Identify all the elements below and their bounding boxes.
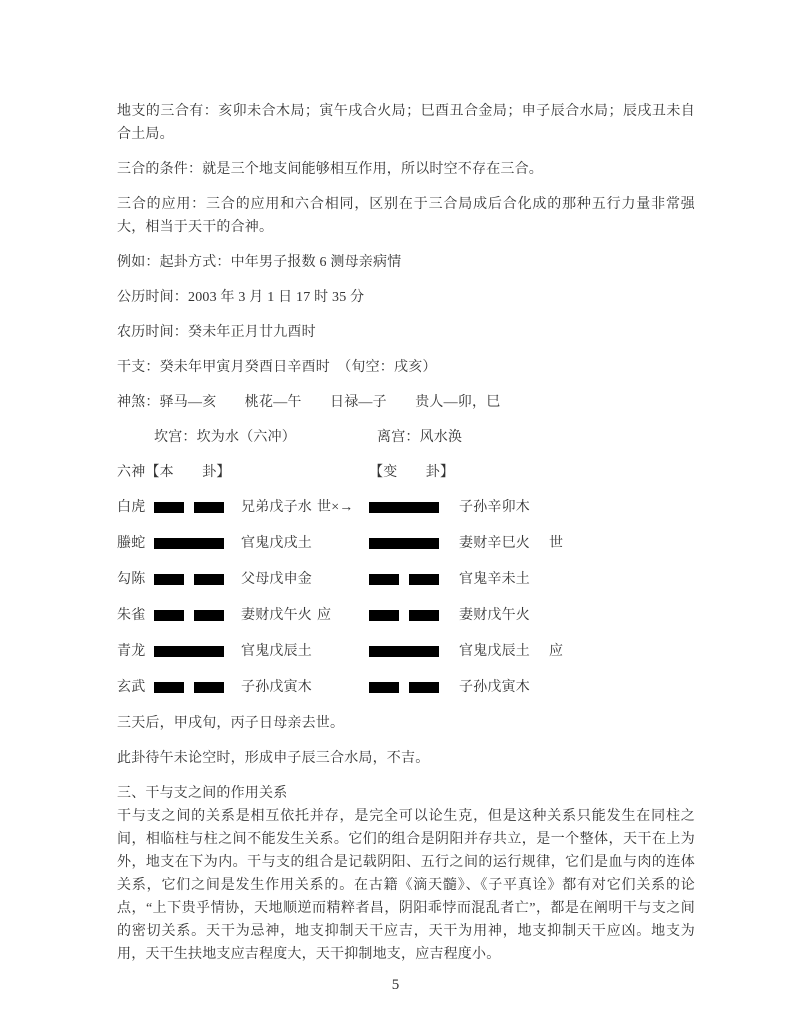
ganzhi-line: 干支：癸未年甲寅月癸酉日辛酉时 （旬空：戌亥） <box>117 356 695 379</box>
lunar-time-line: 农历时间：癸未年正月廿九酉时 <box>117 321 695 344</box>
six-god-label: 白虎 <box>117 496 154 519</box>
page-number: 5 <box>0 974 791 997</box>
example-intro-line: 例如：起卦方式：中年男子报数 6 测母亲病情 <box>117 251 695 274</box>
six-god-label: 朱雀 <box>117 604 154 627</box>
changed-line-text: 妻财辛巳火 <box>459 532 549 555</box>
yao-line-icon <box>369 538 439 549</box>
six-god-label: 勾陈 <box>117 568 154 591</box>
shensha-line: 神煞：驿马—亥 桃花—午 日禄—子 贵人—卯，巳 <box>117 391 695 414</box>
yao-line-icon <box>369 502 439 513</box>
original-line-cell <box>154 502 241 513</box>
original-line-cell <box>154 646 241 657</box>
changed-line-text: 官鬼辛未土 <box>459 568 549 591</box>
palace-row: 坎宫：坎为水（六冲）离宫：风水涣 <box>117 426 695 449</box>
paragraph-sanhe-list: 地支的三合有：亥卯未合木局；寅午戌合火局；巳酉丑合金局；申子辰合水局；辰戌丑未自… <box>117 100 695 146</box>
solar-time-line: 公历时间：2003 年 3 月 1 日 17 时 35 分 <box>117 286 695 309</box>
original-line-text: 父母戊申金 <box>241 568 317 591</box>
original-line-mark: 应 <box>317 604 369 627</box>
changed-palace-label: 离宫：风水涣 <box>377 430 462 445</box>
section-heading: 三、干与支之间的作用关系 <box>117 782 695 805</box>
original-line-text: 官鬼戊戌土 <box>241 532 317 555</box>
yao-line-icon <box>369 682 439 693</box>
changed-line-mark: 应 <box>549 640 695 663</box>
section-body: 干与支之间的关系是相互依托并存，是完全可以论生克，但是这种关系只能发生在同柱之间… <box>117 805 695 966</box>
changed-line-cell <box>369 646 459 657</box>
original-line-cell <box>154 574 241 585</box>
changed-line-cell <box>369 538 459 549</box>
paragraph-sanhe-condition: 三合的条件：就是三个地支间能够相互作用，所以时空不存在三合。 <box>117 158 695 181</box>
paragraph-sanhe-application: 三合的应用：三合的应用和六合相同，区别在于三合局成后合化成的那种五行力量非常强大… <box>117 193 695 239</box>
hexagram-row: 玄武 子孙戊寅木 子孙戊寅木 <box>117 676 695 699</box>
yao-line-icon <box>369 574 439 585</box>
changed-line-cell <box>369 682 459 693</box>
changed-line-text: 妻财戊午火 <box>459 604 549 627</box>
six-gods-original-header: 六神【本 卦】 <box>117 461 369 484</box>
changed-hexagram-header: 【变 卦】 <box>369 465 454 480</box>
yao-line-icon <box>369 610 439 621</box>
document-page: 地支的三合有：亥卯未合木局；寅午戌合火局；巳酉丑合金局；申子辰合水局；辰戌丑未自… <box>0 0 791 1024</box>
yao-line-icon <box>369 646 439 657</box>
changed-line-cell <box>369 610 459 621</box>
hexagram-row: 青龙 官鬼戊辰土 官鬼戊辰土 应 <box>117 640 695 663</box>
document-body: 地支的三合有：亥卯未合木局；寅午戌合火局；巳酉丑合金局；申子辰合水局；辰戌丑未自… <box>117 100 695 966</box>
yao-line-icon <box>154 574 224 585</box>
analysis-note: 此卦待午未论空时，形成申子辰三合水局，不吉。 <box>117 747 695 770</box>
yao-line-icon <box>154 646 224 657</box>
hexagram-row: 螣蛇 官鬼戊戌土 妻财辛巳火 世 <box>117 532 695 555</box>
original-line-text: 妻财戊午火 <box>241 604 317 627</box>
outcome-note: 三天后，甲戌旬，丙子日母亲去世。 <box>117 712 695 735</box>
original-line-text: 官鬼戊辰土 <box>241 640 317 663</box>
original-line-cell <box>154 538 241 549</box>
hexagram-row: 朱雀 妻财戊午火 应 妻财戊午火 <box>117 604 695 627</box>
changed-line-mark: 世 <box>549 532 695 555</box>
original-line-text: 子孙戊寅木 <box>241 676 317 699</box>
original-line-cell <box>154 610 241 621</box>
hexagram-row: 白虎 兄弟戊子水 世×→ 子孙辛卯木 <box>117 496 695 519</box>
yao-line-icon <box>154 610 224 621</box>
six-god-label: 螣蛇 <box>117 532 154 555</box>
original-palace-label: 坎宫：坎为水（六冲） <box>154 426 377 449</box>
original-line-mark: 世×→ <box>317 496 369 519</box>
six-god-label: 玄武 <box>117 676 154 699</box>
hexagram-header-row: 六神【本 卦】【变 卦】 <box>117 461 695 484</box>
original-line-text: 兄弟戊子水 <box>241 496 317 519</box>
changed-line-text: 子孙辛卯木 <box>459 496 549 519</box>
yao-line-icon <box>154 682 224 693</box>
changed-line-text: 子孙戊寅木 <box>459 676 549 699</box>
changed-line-text: 官鬼戊辰土 <box>459 640 549 663</box>
yao-line-icon <box>154 502 224 513</box>
hexagram-row: 勾陈 父母戊申金 官鬼辛未土 <box>117 568 695 591</box>
six-god-label: 青龙 <box>117 640 154 663</box>
yao-line-icon <box>154 538 224 549</box>
original-line-cell <box>154 682 241 693</box>
changed-line-cell <box>369 574 459 585</box>
changed-line-cell <box>369 502 459 513</box>
